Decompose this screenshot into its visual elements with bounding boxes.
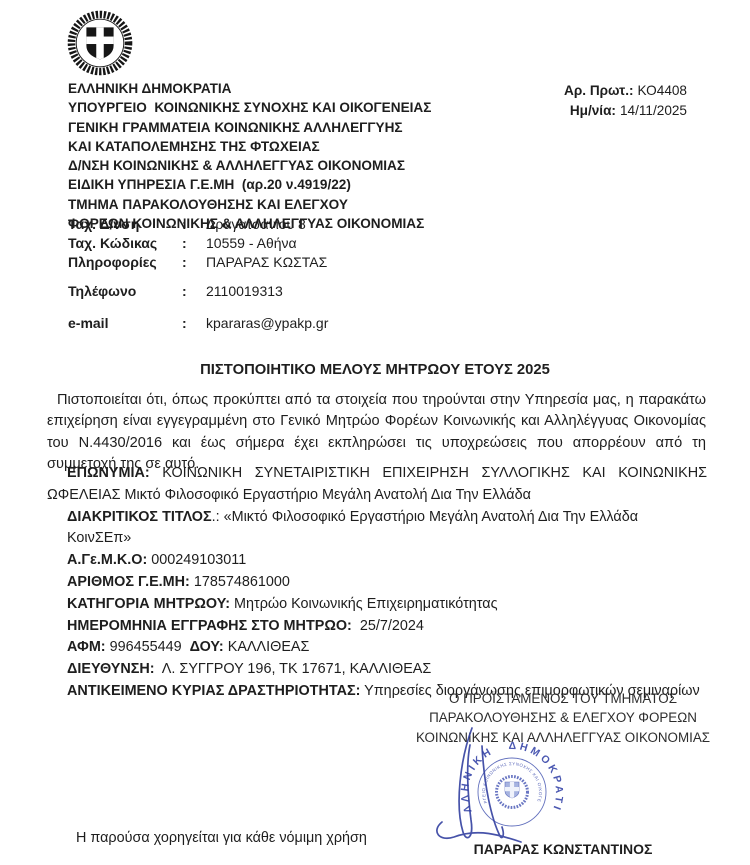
registry-details: ΕΠΩΝΥΜΙΑ: ΚΟΙΝΩΝΙΚΗ ΣΥΝΕΤΑΙΡΙΣΤΙΚΗ ΕΠΙΧΕ…: [47, 463, 707, 703]
detail-label: ΑΝΤΙΚΕΙΜΕΝΟ ΚΥΡΙΑΣ ΔΡΑΣΤΗΡΙΟΤΗΤΑΣ:: [67, 683, 360, 699]
date-label: Ημ/νία:: [570, 103, 616, 118]
signer-name: ΠΑΡΑΡΑΣ ΚΩΝΣΤΑΝΤΙΝΟΣ: [408, 841, 718, 857]
contact-label: Πληροφορίες: [68, 253, 182, 272]
contact-row: Πληροφορίες:ΠΑΡΑΡΑΣ ΚΩΣΤΑΣ: [68, 253, 468, 272]
ministry-header-line: ΥΠΟΥΡΓΕΙΟ ΚΟΙΝΩΝΙΚΗΣ ΣΥΝΟΧΗΣ ΚΑΙ ΟΙΚΟΓΕΝ…: [68, 98, 431, 117]
contact-value: kpararas@ypakp.gr: [206, 314, 468, 333]
detail-label: Α.Γε.Μ.Κ.Ο:: [67, 552, 147, 568]
contact-label: Ταχ. Δ/νση: [68, 215, 182, 234]
detail-value: 000249103011: [147, 552, 246, 568]
contact-row: Ταχ. Κώδικας:10559 - Αθήνα: [68, 234, 468, 253]
contact-label: Τηλέφωνο: [68, 282, 182, 301]
detail-value: ΚΑΛΛΙΘΕΑΣ: [224, 639, 310, 655]
contact-row: Ταχ. Δ/νση:Δραγατσανίου 8: [68, 215, 468, 234]
detail-value: 996455449: [106, 639, 190, 655]
detail-label: ΑΦΜ:: [67, 639, 106, 655]
footer-note: Η παρούσα χορηγείται για κάθε νόμιμη χρή…: [76, 830, 367, 846]
contact-label: e-mail: [68, 314, 182, 333]
ministry-header-line: ΕΛΛΗΝΙΚΗ ΔΗΜΟΚΡΑΤΙΑ: [68, 79, 431, 98]
ministry-header: ΕΛΛΗΝΙΚΗ ΔΗΜΟΚΡΑΤΙΑΥΠΟΥΡΓΕΙΟ ΚΟΙΝΩΝΙΚΗΣ …: [68, 79, 431, 233]
protocol-label: Αρ. Πρωτ.:: [564, 83, 633, 98]
protocol-block: Αρ. Πρωτ.:ΚΟ4408 Ημ/νία:14/11/2025: [564, 81, 687, 120]
detail-label: ΔΙΑΚΡΙΤΙΚΟΣ ΤΙΤΛΟΣ: [67, 509, 212, 525]
ministry-header-line: ΤΜΗΜΑ ΠΑΡΑΚΟΛΟΥΘΗΣΗΣ ΚΑΙ ΕΛΕΓΧΟΥ: [68, 195, 431, 214]
contact-separator: :: [182, 215, 206, 234]
contact-info: Ταχ. Δ/νση:Δραγατσανίου 8Ταχ. Κώδικας:10…: [68, 215, 468, 333]
contact-separator: :: [182, 282, 206, 301]
stamp-coat-of-arms-icon: [497, 777, 528, 808]
contact-separator: :: [182, 234, 206, 253]
detail-label: ΚΑΤΗΓΟΡΙΑ ΜΗΤΡΩΟΥ:: [67, 596, 230, 612]
ministry-header-line: ΕΙΔΙΚΗ ΥΠΗΡΕΣΙΑ Γ.Ε.ΜΗ (αρ.20 ν.4919/22): [68, 175, 431, 194]
ministry-header-line: ΚΑΙ ΚΑΤΑΠΟΛΕΜΗΣΗΣ ΤΗΣ ΦΤΩΧΕΙΑΣ: [68, 137, 431, 156]
detail-row: ΗΜΕΡΟΜΗΝΙΑ ΕΓΓΡΑΦΗΣ ΣΤΟ ΜΗΤΡΩΟ: 25/7/202…: [47, 616, 707, 638]
detail-label: ΔΟΥ:: [190, 639, 224, 655]
signatory-title-line: Ο ΠΡΟΪΣΤΑΜΕΝΟΣ ΤΟΥ ΤΜΗΜΑΤΟΣ: [408, 689, 718, 708]
detail-label: ΗΜΕΡΟΜΗΝΙΑ ΕΓΓΡΑΦΗΣ ΣΤΟ ΜΗΤΡΩΟ:: [67, 618, 352, 634]
date-value: 14/11/2025: [620, 103, 687, 118]
contact-label: Ταχ. Κώδικας: [68, 234, 182, 253]
contact-row: e-mail:kpararas@ypakp.gr: [68, 314, 468, 333]
contact-value: 2110019313: [206, 282, 468, 301]
detail-row: ΚΑΤΗΓΟΡΙΑ ΜΗΤΡΩΟΥ: Μητρώο Κοινωνικής Επι…: [47, 594, 707, 616]
detail-row: Α.Γε.Μ.Κ.Ο: 000249103011: [47, 550, 707, 572]
detail-row: ΔΙΑΚΡΙΤΙΚΟΣ ΤΙΤΛΟΣ.: «Μικτό Φιλοσοφικό Ε…: [47, 507, 707, 551]
contact-value: ΠΑΡΑΡΑΣ ΚΩΣΤΑΣ: [206, 253, 468, 272]
detail-label: ΑΡΙΘΜΟΣ Γ.Ε.ΜΗ:: [67, 574, 190, 590]
protocol-number-row: Αρ. Πρωτ.:ΚΟ4408: [564, 81, 687, 101]
contact-row: Τηλέφωνο:2110019313: [68, 282, 468, 301]
date-row: Ημ/νία:14/11/2025: [564, 101, 687, 121]
greek-coat-of-arms-icon: [62, 9, 138, 77]
detail-row: ΔΙΕΥΘΥΝΣΗ: Λ. ΣΥΓΓΡΟΥ 196, ΤΚ 17671, ΚΑΛ…: [47, 659, 707, 681]
detail-label: ΔΙΕΥΘΥΝΣΗ:: [67, 661, 155, 677]
protocol-value: ΚΟ4408: [638, 83, 687, 98]
contact-value: 10559 - Αθήνα: [206, 234, 468, 253]
detail-label: ΕΠΩΝΥΜΙΑ:: [67, 465, 150, 481]
detail-row: ΑΡΙΘΜΟΣ Γ.Ε.ΜΗ: 178574861000: [47, 572, 707, 594]
detail-value: 25/7/2024: [352, 618, 424, 634]
detail-value: 178574861000: [190, 574, 290, 590]
detail-row: ΑΦΜ: 996455449 ΔΟΥ: ΚΑΛΛΙΘΕΑΣ: [47, 637, 707, 659]
detail-row: ΕΠΩΝΥΜΙΑ: ΚΟΙΝΩΝΙΚΗ ΣΥΝΕΤΑΙΡΙΣΤΙΚΗ ΕΠΙΧΕ…: [47, 463, 707, 507]
certificate-title: ΠΙΣΤΟΠΟΙΗΤΙΚΟ ΜΕΛΟΥΣ ΜΗΤΡΩΟΥ ΕΤΟΥΣ 2025: [0, 362, 750, 378]
detail-value: Μητρώο Κοινωνικής Επιχειρηματικότητας: [230, 596, 498, 612]
detail-value: Λ. ΣΥΓΓΡΟΥ 196, ΤΚ 17671, ΚΑΛΛΙΘΕΑΣ: [155, 661, 432, 677]
ministry-header-line: ΓΕΝΙΚΗ ΓΡΑΜΜΑΤΕΙΑ ΚΟΙΝΩΝΙΚΗΣ ΑΛΛΗΛΕΓΓΥΗΣ: [68, 118, 431, 137]
contact-separator: :: [182, 314, 206, 333]
contact-separator: :: [182, 253, 206, 272]
ministry-header-line: Δ/ΝΣΗ ΚΟΙΝΩΝΙΚΗΣ & ΑΛΛΗΛΕΓΓΥΑΣ ΟΙΚΟΝΟΜΙΑ…: [68, 156, 431, 175]
contact-value: Δραγατσανίου 8: [206, 215, 468, 234]
